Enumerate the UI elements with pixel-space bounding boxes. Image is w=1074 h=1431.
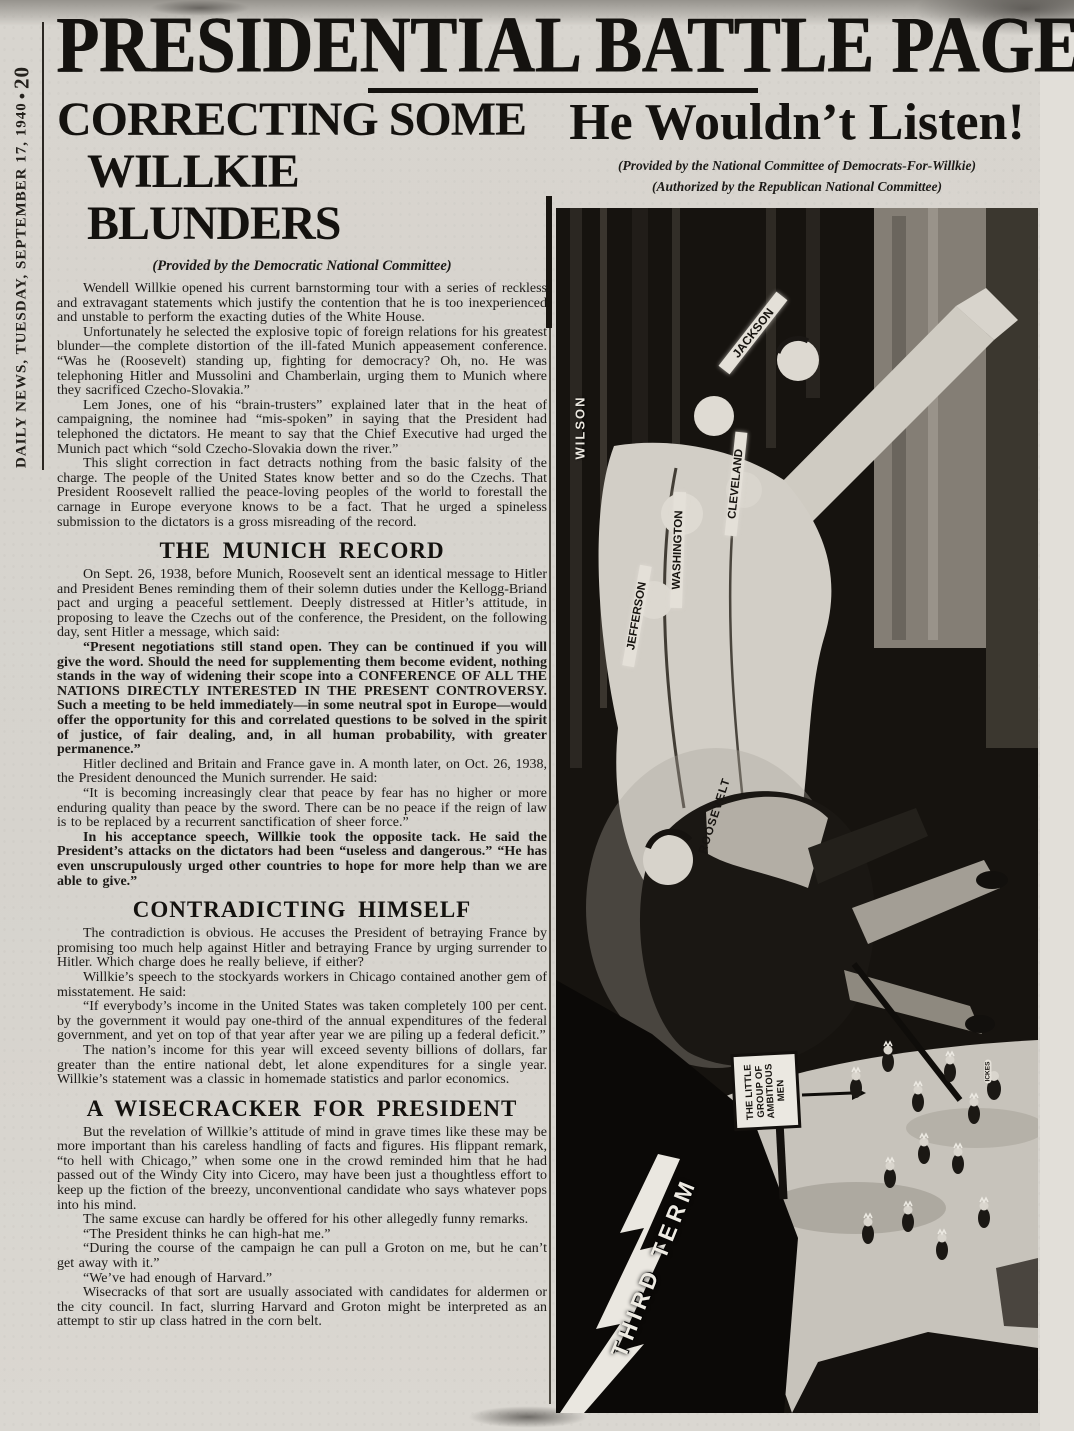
- section-heading-wisecracker: A WISECRACKER FOR PRESIDENT: [57, 1096, 547, 1122]
- cartoon-credit-1: (Provided by the National Committee of D…: [556, 156, 1038, 177]
- paragraph-quote-bold: “Present negotiations still stand open. …: [57, 641, 547, 758]
- article-headline: CORRECTING SOME WILLKIE BLUNDERS: [57, 94, 547, 250]
- paragraph: But the revelation of Willkie’s attitude…: [57, 1126, 547, 1214]
- column-divider: [549, 196, 551, 1404]
- paragraph: Hitler declined and Britain and France g…: [57, 758, 547, 787]
- page-right-margin: [1040, 0, 1074, 1431]
- paragraph: On Sept. 26, 1938, before Munich, Roosev…: [57, 568, 547, 641]
- paragraph: “If everybody’s income in the United Sta…: [57, 1000, 547, 1044]
- edge-masthead: DAILY NEWS, TUESDAY, SEPTEMBER 17, 1940 …: [3, 24, 41, 468]
- page-number: 20: [10, 66, 35, 89]
- newspaper-page: DAILY NEWS, TUESDAY, SEPTEMBER 17, 1940 …: [0, 0, 1074, 1431]
- cartoon-headline: He Wouldn’t Listen!: [556, 96, 1038, 150]
- paragraph: This slight correction in fact detracts …: [57, 457, 547, 530]
- political-cartoon: WILSON JACKSON CLEVELAND WASHINGTON JEFF…: [556, 208, 1038, 1413]
- article-credit: (Provided by the Democratic National Com…: [57, 258, 547, 275]
- paragraph: Wendell Willkie opened his current barns…: [57, 282, 547, 326]
- paragraph: Willkie’s speech to the stockyards worke…: [57, 971, 547, 1000]
- edge-bullet: ●: [16, 89, 28, 102]
- cartoon-credits: (Provided by the National Committee of D…: [556, 156, 1038, 198]
- cartoon-credit-2: (Authorized by the Republican National C…: [556, 177, 1038, 198]
- paragraph: The nation’s income for this year will e…: [57, 1044, 547, 1088]
- headline-line2: WILLKIE BLUNDERS: [87, 146, 547, 250]
- label-wilson: WILSON: [573, 391, 588, 463]
- banner-rule: [368, 88, 758, 93]
- paragraph: The contradiction is obvious. He accuses…: [57, 927, 547, 971]
- edge-masthead-text: DAILY NEWS, TUESDAY, SEPTEMBER 17, 1940: [14, 102, 31, 468]
- paragraph: Lem Jones, one of his “brain-trusters” e…: [57, 399, 547, 457]
- cartoon-artwork: [556, 208, 1038, 1413]
- paragraph-quote: “During the course of the campaign he ca…: [57, 1242, 547, 1271]
- paragraph: The same excuse can hardly be offered fo…: [57, 1213, 547, 1228]
- edge-rule: [42, 22, 44, 470]
- headline-line1: CORRECTING SOME: [57, 94, 526, 146]
- paragraph-quote: “The President thinks he can high-hat me…: [57, 1228, 547, 1243]
- paragraph-quote: “We’ve had enough of Harvard.”: [57, 1272, 547, 1287]
- paragraph: “It is becoming increasingly clear that …: [57, 787, 547, 831]
- paragraph: Wisecracks of that sort are usually asso…: [57, 1286, 547, 1330]
- cartoon-column: He Wouldn’t Listen! (Provided by the Nat…: [556, 96, 1038, 1413]
- section-heading-contradicting-himself: CONTRADICTING HIMSELF: [57, 897, 547, 923]
- sign-text: THE LITTLE GROUP OF AMBITIOUS MEN: [743, 1058, 789, 1124]
- label-ickes: ICKES: [984, 1059, 991, 1083]
- page-banner-title: PRESIDENTIAL BATTLE PAGE: [56, 6, 1046, 87]
- article-correcting-willkie-blunders: CORRECTING SOME WILLKIE BLUNDERS (Provid…: [57, 94, 547, 1424]
- sign-little-group-of-ambitious-men: THE LITTLE GROUP OF AMBITIOUS MEN: [732, 1051, 800, 1130]
- paragraph-bold: In his acceptance speech, Willkie took t…: [57, 831, 547, 889]
- paragraph: Unfortunately he selected the explosive …: [57, 326, 547, 399]
- section-heading-munich-record: THE MUNICH RECORD: [57, 538, 547, 564]
